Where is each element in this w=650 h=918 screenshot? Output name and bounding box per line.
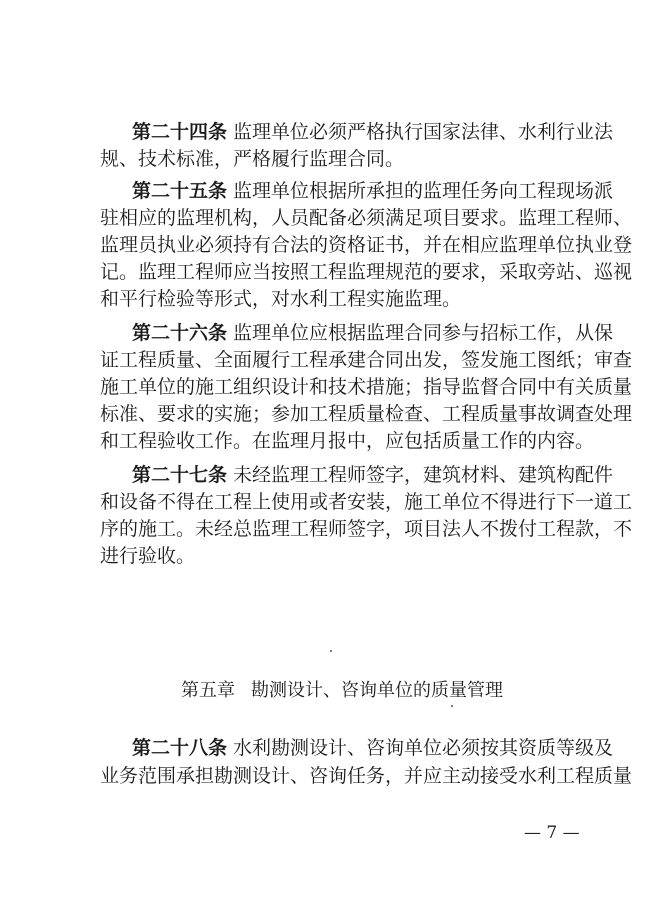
article-25-line-2: 驻相应的监理机构，人员配备必须满足项目要求。监理工程师、 — [100, 207, 578, 229]
article-text: 水利勘测设计、咨询单位必须按其资质等级及 — [233, 737, 613, 759]
article-27-line-1: 第二十七条未经监理工程师签字，建筑材料、建筑构配件 — [132, 464, 578, 486]
article-25-line-5: 和平行检验等形式，对水利工程实施监理。 — [100, 288, 578, 310]
article-27-line-4: 进行验收。 — [100, 545, 578, 567]
article-27-line-2: 和设备不得在工程上使用或者安装，施工单位不得进行下一道工 — [100, 491, 578, 513]
chapter-title: 勘测设计、咨询单位的质量管理 — [251, 680, 503, 701]
article-number: 第二十八条 — [132, 737, 227, 759]
article-27-line-3: 序的施工。未经总监理工程师签字，项目法人不拨付工程款，不 — [100, 518, 578, 540]
article-28-line-2: 业务范围承担勘测设计、咨询任务，并应主动接受水利工程质量 — [100, 765, 578, 787]
chapter-heading: 第五章勘测设计、咨询单位的质量管理 — [181, 680, 503, 702]
article-24-line-2: 规、技术标准，严格履行监理合同。 — [100, 148, 578, 170]
article-26-line-3: 施工单位的施工组织设计和技术措施；指导监督合同中有关质量 — [100, 376, 578, 398]
article-number: 第二十四条 — [132, 121, 227, 143]
article-text: 未经监理工程师签字，建筑材料、建筑构配件 — [233, 464, 613, 486]
article-28-line-1: 第二十八条水利勘测设计、咨询单位必须按其资质等级及 — [132, 737, 578, 759]
scan-speck — [330, 650, 332, 652]
article-25-line-3: 监理员执业必须持有合法的资格证书，并在相应监理单位执业登 — [100, 234, 578, 256]
chapter-number: 第五章 — [181, 680, 235, 701]
scan-speck — [451, 705, 453, 707]
article-25-line-4: 记。监理工程师应当按照工程监理规范的要求，采取旁站、巡视 — [100, 261, 578, 283]
article-26-line-5: 和工程验收工作。在监理月报中，应包括质量工作的内容。 — [100, 430, 578, 452]
article-26-line-2: 证工程质量、全面履行工程承建合同出发，签发施工图纸；审查 — [100, 349, 578, 371]
article-24-line-1: 第二十四条监理单位必须严格执行国家法律、水利行业法 — [132, 121, 578, 143]
article-25-line-1: 第二十五条监理单位根据所承担的监理任务向工程现场派 — [132, 180, 578, 202]
article-26-line-4: 标准、要求的实施；参加工程质量检查、工程质量事故调查处理 — [100, 403, 578, 425]
article-text: 监理单位根据所承担的监理任务向工程现场派 — [233, 180, 613, 202]
document-page: 第二十四条监理单位必须严格执行国家法律、水利行业法 规、技术标准，严格履行监理合… — [0, 0, 650, 918]
article-text: 监理单位应根据监理合同参与招标工作，从保 — [233, 322, 613, 344]
article-26-line-1: 第二十六条监理单位应根据监理合同参与招标工作，从保 — [132, 322, 578, 344]
article-number: 第二十六条 — [132, 322, 227, 344]
page-number: — 7 — — [524, 823, 580, 843]
article-number: 第二十五条 — [132, 180, 227, 202]
article-text: 监理单位必须严格执行国家法律、水利行业法 — [233, 121, 613, 143]
article-number: 第二十七条 — [132, 464, 227, 486]
